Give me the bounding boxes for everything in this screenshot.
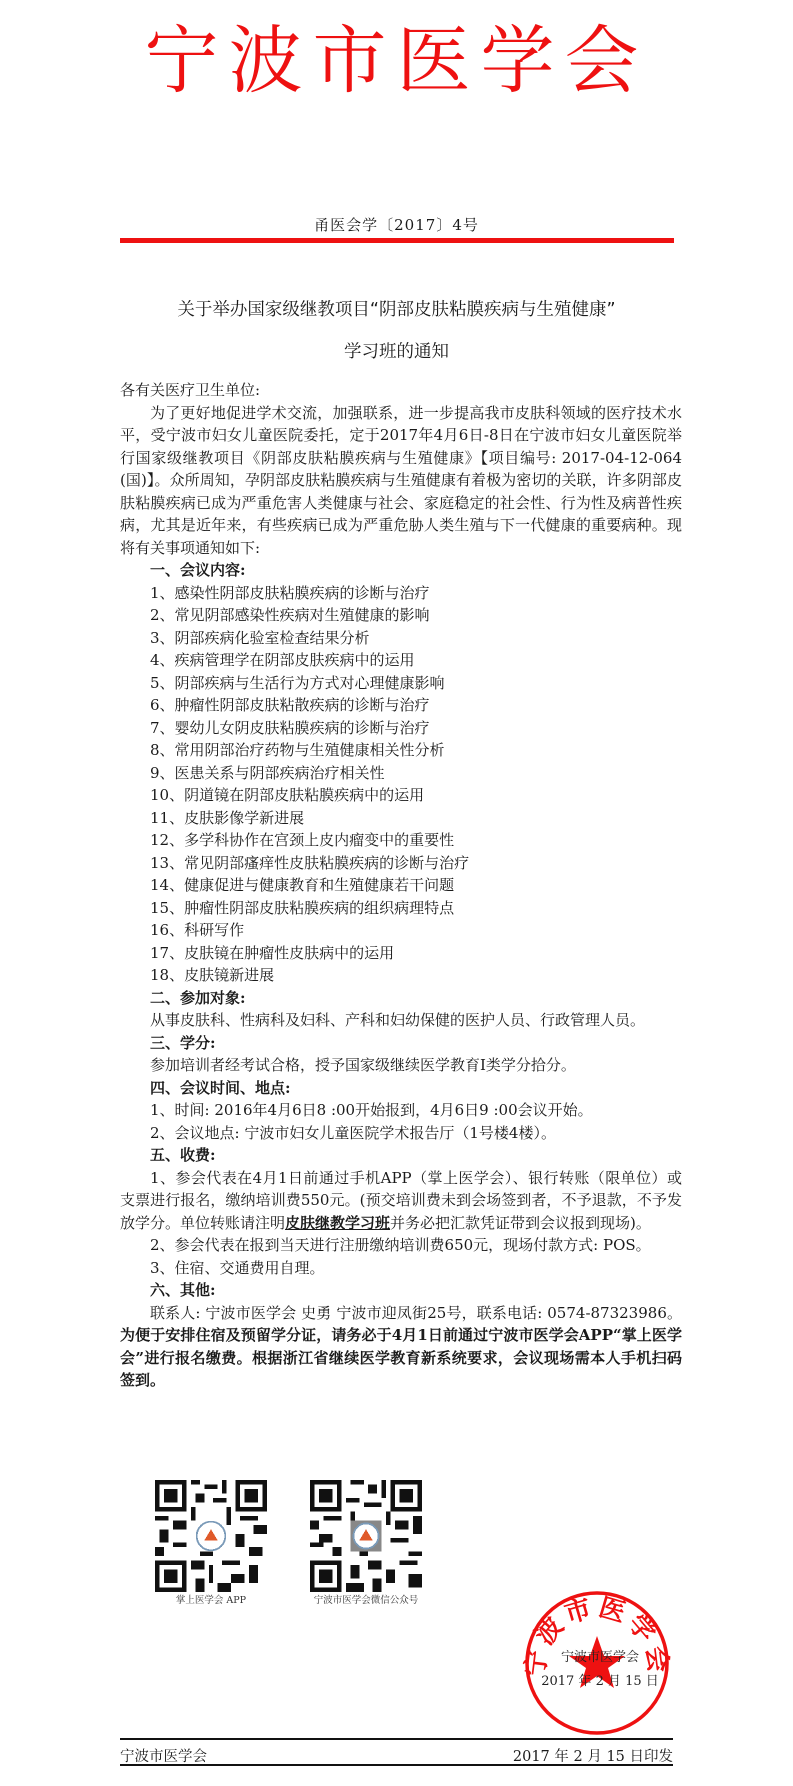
topic-item: 5、阴部疾病与生活行为方式对心理健康影响 (120, 672, 682, 695)
topic-item: 3、阴部疾病化验室检查结果分析 (120, 627, 682, 650)
footer-bottom-rule (120, 1764, 673, 1766)
topic-item: 16、科研写作 (120, 919, 682, 942)
seal-overlay-date: 2017 年 2 月 15 日 (530, 1670, 670, 1689)
fee-item-2: 2、参会代表在报到当天进行注册缴纳培训费650元，现场付款方式: POS。 (120, 1234, 682, 1257)
topic-item: 4、疾病管理学在阴部皮肤疾病中的运用 (120, 649, 682, 672)
salutation: 各有关医疗卫生单位: (120, 379, 682, 402)
section-heading-time-place: 四、会议时间、地点: (120, 1077, 682, 1100)
contact-info: 联系人: 宁波市医学会 史勇 宁波市迎凤街25号，联系电话: 0574-8732… (150, 1304, 682, 1322)
registration-notice: 为便于安排住宿及预留学分证，请务必于4月1日前通过宁波市医学会APP“掌上医学会… (120, 1326, 682, 1389)
section-heading-other: 六、其他: (120, 1279, 682, 1302)
footer-org: 宁波市医学会 (120, 1745, 207, 1766)
credits-text: 参加培训者经考试合格，授予国家级继续医学教育Ⅰ类学分拾分。 (120, 1054, 682, 1077)
contact-paragraph: 联系人: 宁波市医学会 史勇 宁波市迎凤街25号，联系电话: 0574-8732… (120, 1302, 682, 1392)
intro-paragraph: 为了更好地促进学术交流，加强联系，进一步提高我市皮肤科领域的医疗技术水平，受宁波… (120, 402, 682, 560)
org-masthead: 宁波市医学会 (0, 18, 793, 104)
red-divider (120, 238, 674, 243)
topic-item: 15、肿瘤性阴部皮肤粘膜疾病的组织病理特点 (120, 897, 682, 920)
qr-block-wechat: 宁波市医学会微信公众号 (310, 1480, 437, 1606)
seal-overlay-org: 宁波市医学会 (545, 1646, 655, 1665)
footer-top-rule (120, 1738, 673, 1740)
topic-item: 18、皮肤镜新进展 (120, 964, 682, 987)
fee-1-text-end: 并务必把汇款凭证带到会议报到现场)。 (390, 1214, 651, 1232)
topic-item: 14、健康促进与健康教育和生殖健康若干问题 (120, 874, 682, 897)
topic-item: 8、常用阴部治疗药物与生殖健康相关性分析 (120, 739, 682, 762)
intro-text-b: 。众所周知，孕阴部皮肤粘膜疾病与生殖健康有着极为密切的关联，许多阴部皮肤粘膜疾病… (120, 471, 682, 557)
topic-item: 17、皮肤镜在肿瘤性皮肤病中的运用 (120, 942, 682, 965)
topic-item: 1、感染性阴部皮肤粘膜疾病的诊断与治疗 (120, 582, 682, 605)
topic-item: 11、皮肤影像学新进展 (120, 807, 682, 830)
section-heading-participants: 二、参加对象: (120, 987, 682, 1010)
topic-item: 12、多学科协作在宫颈上皮内瘤变中的重要性 (120, 829, 682, 852)
qr-code-icon[interactable] (310, 1480, 422, 1592)
footer-issue-date: 2017 年 2 月 15 日印发 (513, 1745, 673, 1766)
fee-item-1: 1、参会代表在4月1日前通过手机APP（掌上医学会）、银行转账（限单位）或支票进… (120, 1167, 682, 1235)
topic-list: 1、感染性阴部皮肤粘膜疾病的诊断与治疗 2、常见阴部感染性疾病对生殖健康的影响 … (120, 582, 682, 987)
qr-code-icon[interactable] (155, 1480, 267, 1592)
qr-block-app: 掌上医学会 APP (155, 1480, 267, 1606)
topic-item: 6、肿瘤性阴部皮肤粘散疾病的诊断与治疗 (120, 694, 682, 717)
topic-item: 2、常见阴部感染性疾病对生殖健康的影响 (120, 604, 682, 627)
meeting-place: 2、会议地点: 宁波市妇女儿童医院学术报告厅（1号楼4楼）。 (120, 1122, 682, 1145)
notice-title-line2: 学习班的通知 (0, 338, 793, 363)
topic-item: 7、婴幼儿女阴皮肤粘膜疾病的诊断与治疗 (120, 717, 682, 740)
section-heading-fees: 五、收费: (120, 1144, 682, 1167)
fee-item-3: 3、住宿、交通费用自理。 (120, 1257, 682, 1280)
meeting-time: 1、时间: 2016年4月6日8 :00开始报到，4月6日9 :00会议开始。 (120, 1099, 682, 1122)
document-number: 甬医会学〔2017〕4号 (0, 214, 793, 235)
notice-body: 各有关医疗卫生单位: 为了更好地促进学术交流，加强联系，进一步提高我市皮肤科领域… (120, 379, 682, 1392)
qr-caption-app: 掌上医学会 APP (155, 1592, 267, 1606)
participants-text: 从事皮肤科、性病科及妇科、产科和妇幼保健的医护人员、行政管理人员。 (120, 1009, 682, 1032)
topic-item: 13、常见阴部瘙痒性皮肤粘膜疾病的诊断与治疗 (120, 852, 682, 875)
topic-item: 9、医患关系与阴部疾病治疗相关性 (120, 762, 682, 785)
transfer-remark-highlight: 皮肤继教学习班 (285, 1214, 390, 1232)
qr-caption-wechat: 宁波市医学会微信公众号 (295, 1592, 437, 1606)
notice-title-line1: 关于举办国家级继教项目“阴部皮肤粘膜疾病与生殖健康” (0, 296, 793, 321)
section-heading-credits: 三、学分: (120, 1032, 682, 1055)
topic-item: 10、阴道镜在阴部皮肤粘膜疾病中的运用 (120, 784, 682, 807)
section-heading-content: 一、会议内容: (120, 559, 682, 582)
